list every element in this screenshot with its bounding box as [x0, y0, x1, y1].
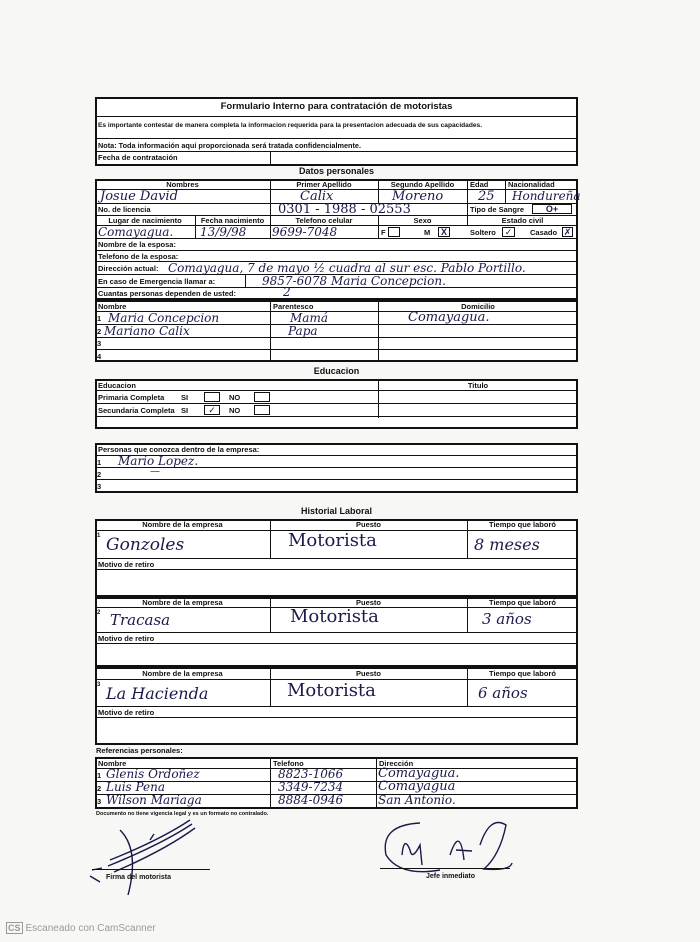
value-direccion[interactable]: Comayagua, 7 de mayo ½ cuadra al sur esc… [168, 262, 526, 274]
value-telefono[interactable]: 9699-7048 [272, 226, 337, 238]
dep-row-2-parentesco[interactable]: Papa [288, 325, 318, 337]
divider [95, 151, 578, 152]
driver-signature-label: Firma del motorista [106, 874, 171, 881]
value-dependientes[interactable]: 2 [283, 286, 291, 298]
divider [505, 179, 506, 203]
ref-row-1-nombre[interactable]: Glenis Ordoñez [106, 768, 200, 780]
married-checkbox[interactable]: ✗ [562, 227, 573, 237]
work-2-num: 2 [97, 610, 100, 616]
edu-secundaria-si-checkbox[interactable]: ✓ [204, 405, 220, 415]
divider [270, 151, 271, 166]
label-sexo: Sexo [378, 217, 467, 225]
dep-row-2-nombre[interactable]: Mariano Calix [104, 325, 190, 337]
divider [95, 138, 578, 139]
work-3-num: 3 [97, 682, 100, 688]
driver-signature-line [92, 869, 210, 870]
divider [95, 569, 578, 570]
camscanner-logo-icon: CS [6, 922, 23, 934]
work-2-motivo-label: Motivo de retiro [98, 635, 154, 643]
work-3-puesto[interactable]: Motorista [287, 682, 376, 700]
section-education-title: Educacion [95, 366, 578, 376]
work-3-motivo-label: Motivo de retiro [98, 709, 154, 717]
divider [95, 116, 578, 117]
divider [95, 403, 578, 404]
edu-primaria-no-label: NO [229, 394, 240, 402]
section-personal-title: Datos personales [95, 166, 578, 176]
form-instruction: Es importante contestar de manera comple… [98, 123, 482, 130]
edu-header-titulo: Titulo [378, 382, 578, 390]
disclaimer: Documento no tiene vigencia legal y es u… [96, 812, 268, 818]
edu-secundaria-no-checkbox[interactable] [254, 405, 270, 415]
hire-date-label: Fecha de contratación [98, 154, 178, 162]
label-direccion: Dirección actual: [98, 265, 158, 273]
acq-row-2-num: 2 [97, 471, 101, 479]
ref-row-2-num: 2 [97, 785, 101, 793]
edu-header-educacion: Educacion [98, 382, 136, 390]
acq-row-2-value[interactable]: — [150, 467, 160, 477]
form-title: Formulario Interno para contratación de … [95, 101, 578, 112]
supervisor-signature-line [380, 868, 510, 869]
ref-row-3-num: 3 [97, 798, 101, 806]
dep-row-1-nombre[interactable]: Maria Concepcion [108, 312, 219, 324]
divider [270, 203, 271, 215]
mark: ✓ [208, 405, 216, 415]
label-emergencia: En caso de Emergencia llamar a: [98, 278, 215, 286]
dep-row-3-num: 3 [97, 340, 101, 348]
ref-row-1-num: 1 [97, 772, 101, 780]
acq-row-3-num: 3 [97, 483, 101, 491]
work-3-header-tiempo: Tiempo que laboró [467, 670, 578, 678]
ref-row-3-telefono[interactable]: 8884-0946 [278, 794, 343, 806]
references-label: Referencias personales: [96, 747, 183, 755]
dep-header-nombre: Nombre [98, 303, 126, 311]
label-casado: Casado [530, 229, 557, 237]
divider [376, 757, 377, 809]
label-primer-apellido: Primer Apellido [270, 181, 378, 189]
edu-secundaria-no-label: NO [229, 407, 240, 415]
edu-primaria-si-label: SI [181, 394, 188, 402]
divider [95, 632, 578, 633]
label-sexo-f: F [381, 229, 386, 237]
camscanner-text: Escaneado con CamScanner [26, 923, 156, 934]
sex-m-checkbox[interactable]: X [438, 227, 450, 237]
ref-row-2-nombre[interactable]: Luis Pena [106, 781, 165, 793]
label-dependientes: Cuantas personas dependen de usted: [98, 290, 236, 298]
sex-f-checkbox[interactable] [388, 227, 400, 237]
blood-type-field[interactable]: O+ [532, 204, 572, 214]
divider [95, 349, 578, 350]
sex-m-mark: X [441, 227, 447, 237]
work-2-puesto[interactable]: Motorista [290, 608, 379, 626]
label-tel-esposa: Telefono de la esposa: [98, 253, 178, 261]
divider [95, 479, 578, 480]
label-estado-civil: Estado civil [467, 217, 578, 225]
edu-secundaria-label: Secundaria Completa [98, 407, 175, 415]
section-work-title: Historial Laboral [95, 506, 578, 516]
ref-row-2-direccion[interactable]: Comayagua [378, 780, 455, 793]
divider [95, 717, 578, 718]
label-nacionalidad: Nacionalidad [508, 181, 555, 189]
divider [245, 274, 246, 287]
value-fecha-nacimiento[interactable]: 13/9/98 [200, 226, 246, 238]
work-1-num: 1 [97, 533, 100, 539]
ref-row-3-nombre[interactable]: Wilson Mariaga [106, 794, 202, 806]
divider [95, 416, 578, 417]
label-edad: Edad [470, 181, 488, 189]
work-1-empresa[interactable]: Gonzoles [106, 537, 184, 554]
label-fecha-nacimiento: Fecha nacimiento [195, 217, 270, 225]
work-2-tiempo[interactable]: 3 años [482, 612, 532, 627]
work-2-header-tiempo: Tiempo que laboró [467, 599, 578, 607]
blood-type-value: O+ [546, 204, 558, 214]
work-1-header-puesto: Puesto [270, 521, 467, 529]
label-sexo-m: M [424, 229, 430, 237]
label-telefono: Telefono celular [270, 217, 378, 225]
work-1-header-tiempo: Tiempo que laboró [467, 521, 578, 529]
divider [270, 300, 271, 362]
work-1-motivo-label: Motivo de retiro [98, 561, 154, 569]
value-licencia[interactable]: 0301 - 1988 - 02553 [278, 203, 411, 216]
work-3-empresa[interactable]: La Hacienda [106, 686, 208, 702]
supervisor-signature-label: Jefe inmediato [426, 873, 475, 880]
work-2-empresa[interactable]: Tracasa [110, 613, 170, 628]
single-checkbox[interactable]: ✓ [502, 227, 515, 237]
value-nacionalidad[interactable]: Hondureña [512, 190, 581, 202]
divider [270, 757, 271, 809]
work-3-header-empresa: Nombre de la empresa [95, 670, 270, 678]
divider [95, 390, 578, 391]
divider [95, 558, 578, 559]
dep-header-parentesco: Parentesco [273, 303, 313, 311]
edu-primaria-si-checkbox[interactable] [204, 392, 220, 402]
label-esposa: Nombre de la esposa: [98, 241, 176, 249]
work-1-puesto[interactable]: Motorista [288, 532, 377, 550]
dep-row-4-num: 4 [97, 353, 101, 361]
dep-row-1-domicilio[interactable]: Comayagua. [408, 311, 490, 324]
acquaintances-label: Personas que conozca dentro de la empres… [98, 446, 259, 454]
single-mark: ✓ [505, 227, 513, 237]
work-1-header-empresa: Nombre de la empresa [95, 521, 270, 529]
label-tipo-sangre: Tipo de Sangre [470, 206, 524, 214]
label-lugar-nacimiento: Lugar de nacimiento [95, 217, 195, 225]
ref-row-1-telefono[interactable]: 8823-1066 [278, 768, 343, 780]
value-nombres[interactable]: Josue David [100, 190, 178, 203]
label-soltero: Soltero [470, 229, 496, 237]
divider [95, 643, 578, 644]
label-nombres: Nombres [95, 181, 270, 189]
dep-row-1-parentesco[interactable]: Mamá [290, 312, 328, 324]
ref-row-3-direccion[interactable]: San Antonio. [378, 794, 456, 806]
ref-row-2-telefono[interactable]: 3349-7234 [278, 781, 343, 793]
divider [95, 250, 578, 251]
work-1-tiempo[interactable]: 8 meses [474, 537, 540, 553]
work-3-tiempo[interactable]: 6 años [478, 686, 528, 701]
scanned-form-page: Formulario Interno para contratación de … [0, 0, 700, 942]
driver-signature [80, 820, 200, 910]
value-edad[interactable]: 25 [478, 190, 495, 203]
label-segundo-apellido: Segundo Apellido [378, 181, 467, 189]
divider [95, 706, 578, 707]
edu-secundaria-si-label: SI [181, 407, 188, 415]
work-3-header-puesto: Puesto [270, 670, 467, 678]
label-licencia: No. de licencia [98, 206, 151, 214]
form-note: Nota: Toda información aquí proporcionad… [98, 142, 361, 149]
dep-row-2-num: 2 [97, 328, 101, 336]
camscanner-watermark: CSEscaneado con CamScanner [6, 922, 156, 934]
married-mark: ✗ [564, 227, 572, 237]
acq-row-1-num: 1 [97, 459, 101, 467]
work-2-header-empresa: Nombre de la empresa [95, 599, 270, 607]
dep-row-1-num: 1 [97, 315, 101, 323]
edu-primaria-no-checkbox[interactable] [254, 392, 270, 402]
value-lugar-nacimiento[interactable]: Comayagua. [98, 226, 173, 238]
edu-primaria-label: Primaria Completa [98, 394, 164, 402]
